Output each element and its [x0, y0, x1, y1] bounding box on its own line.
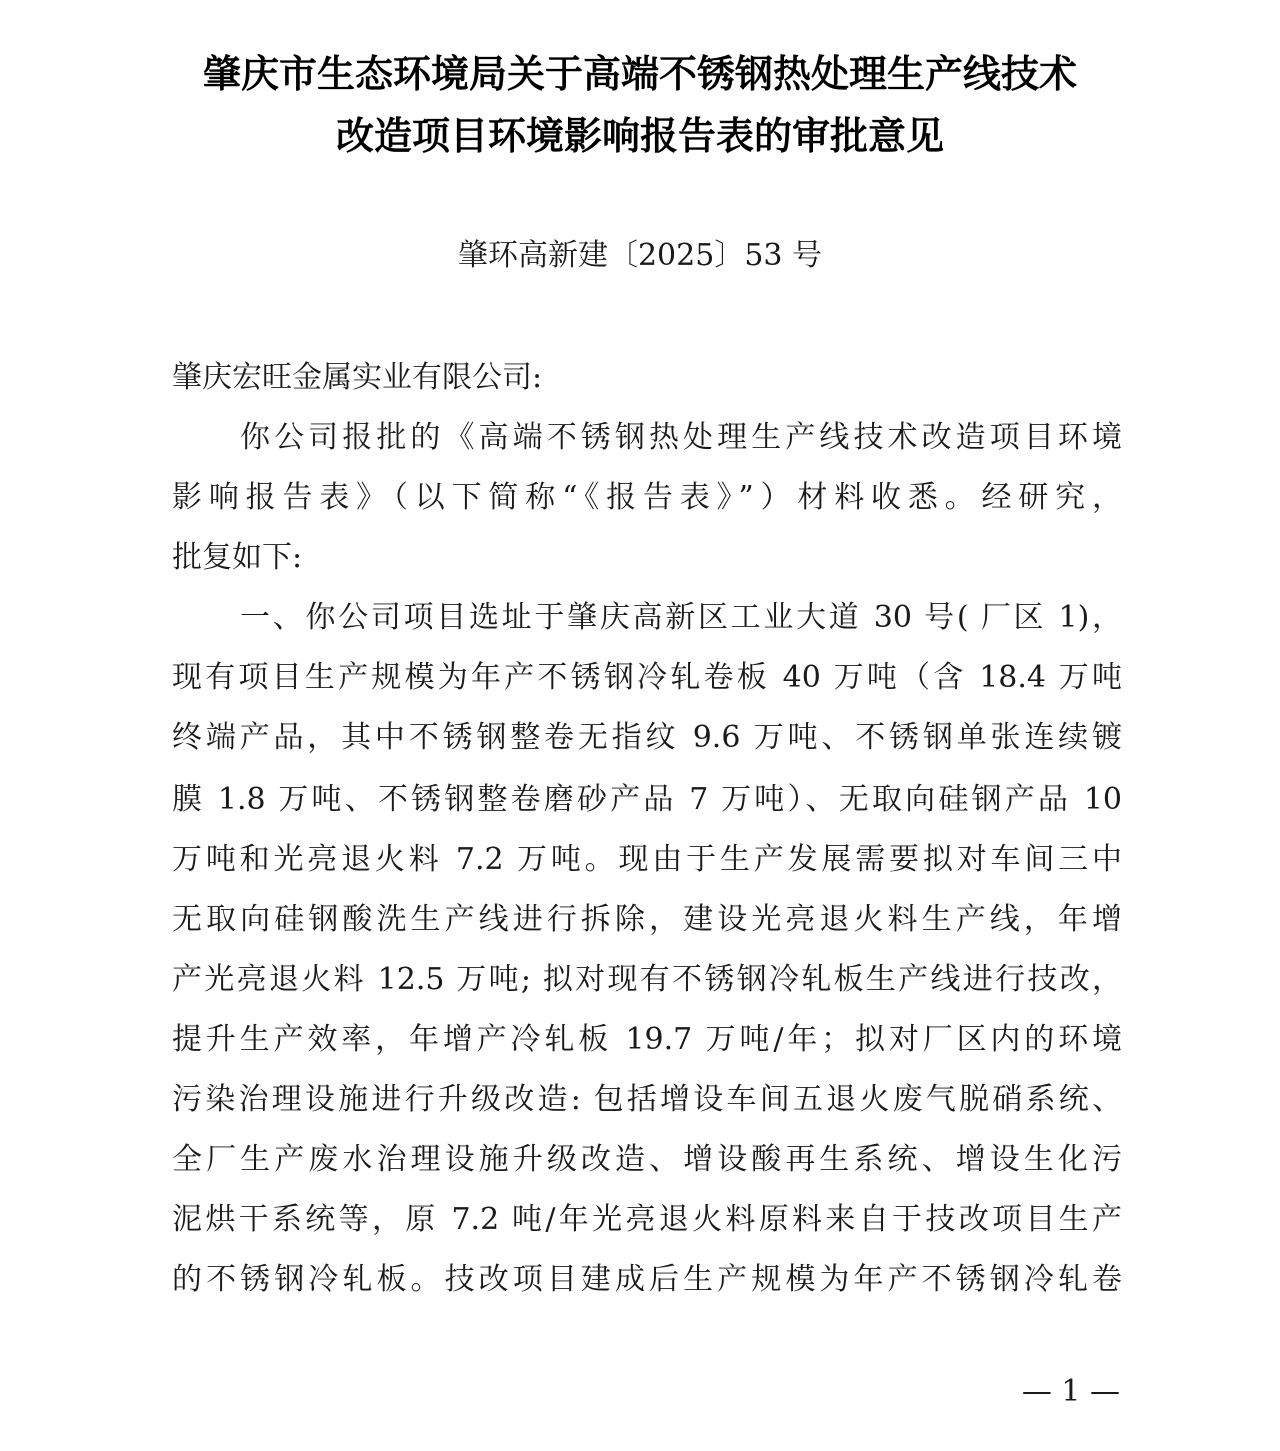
- body-line: 膜 1.8 万吨、不锈钢整卷磨砂产品 7 万吨）、无取向硅钢产品 10: [172, 780, 1122, 820]
- body-line: 无取向硅钢酸洗生产线进行拆除，建设光亮退火料生产线，年增: [172, 900, 1122, 940]
- body-line: 产光亮退火料 12.5 万吨; 拟对现有不锈钢冷轧板生产线进行技改，: [172, 960, 1122, 1000]
- document-page: 肇庆市生态环境局关于高端不锈钢热处理生产线技术 改造项目环境影响报告表的审批意见…: [0, 0, 1280, 1451]
- body-line: 现有项目生产规模为年产不锈钢冷轧卷板 40 万吨（含 18.4 万吨: [172, 658, 1122, 698]
- body-line: 万吨和光亮退火料 7.2 万吨。现由于生产发展需要拟对车间三中: [172, 840, 1122, 880]
- body-line: 你公司报批的《高端不锈钢热处理生产线技术改造项目环境: [240, 418, 1122, 458]
- body-line: 提升生产效率，年增产冷轧板 19.7 万吨/年；拟对厂区内的环境: [172, 1020, 1122, 1060]
- page-number: — 1 —: [1022, 1372, 1120, 1412]
- body-line: 一、你公司项目选址于肇庆高新区工业大道 30 号( 厂区 1)，: [240, 598, 1122, 638]
- document-title-line-1: 肇庆市生态环境局关于高端不锈钢热处理生产线技术: [0, 52, 1280, 96]
- body-line: 的不锈钢冷轧板。技改项目建成后生产规模为年产不锈钢冷轧卷: [172, 1260, 1122, 1300]
- document-number: 肇环高新建〔2025〕53 号: [0, 236, 1280, 276]
- body-line: 泥烘干系统等，原 7.2 吨/年光亮退火料原料来自于技改项目生产: [172, 1200, 1122, 1240]
- addressee: 肇庆宏旺金属实业有限公司:: [172, 358, 1122, 398]
- body-line: 影响报告表》（以下简称“《报告表》”）材料收悉。经研究，: [172, 478, 1122, 518]
- document-title-line-2: 改造项目环境影响报告表的审批意见: [0, 114, 1280, 158]
- body-line: 批复如下:: [172, 538, 1122, 578]
- body-line: 污染治理设施进行升级改造: 包括增设车间五退火废气脱硝系统、: [172, 1080, 1122, 1120]
- body-line: 全厂生产废水治理设施升级改造、增设酸再生系统、增设生化污: [172, 1140, 1122, 1180]
- body-line: 终端产品，其中不锈钢整卷无指纹 9.6 万吨、不锈钢单张连续镀: [172, 718, 1122, 758]
